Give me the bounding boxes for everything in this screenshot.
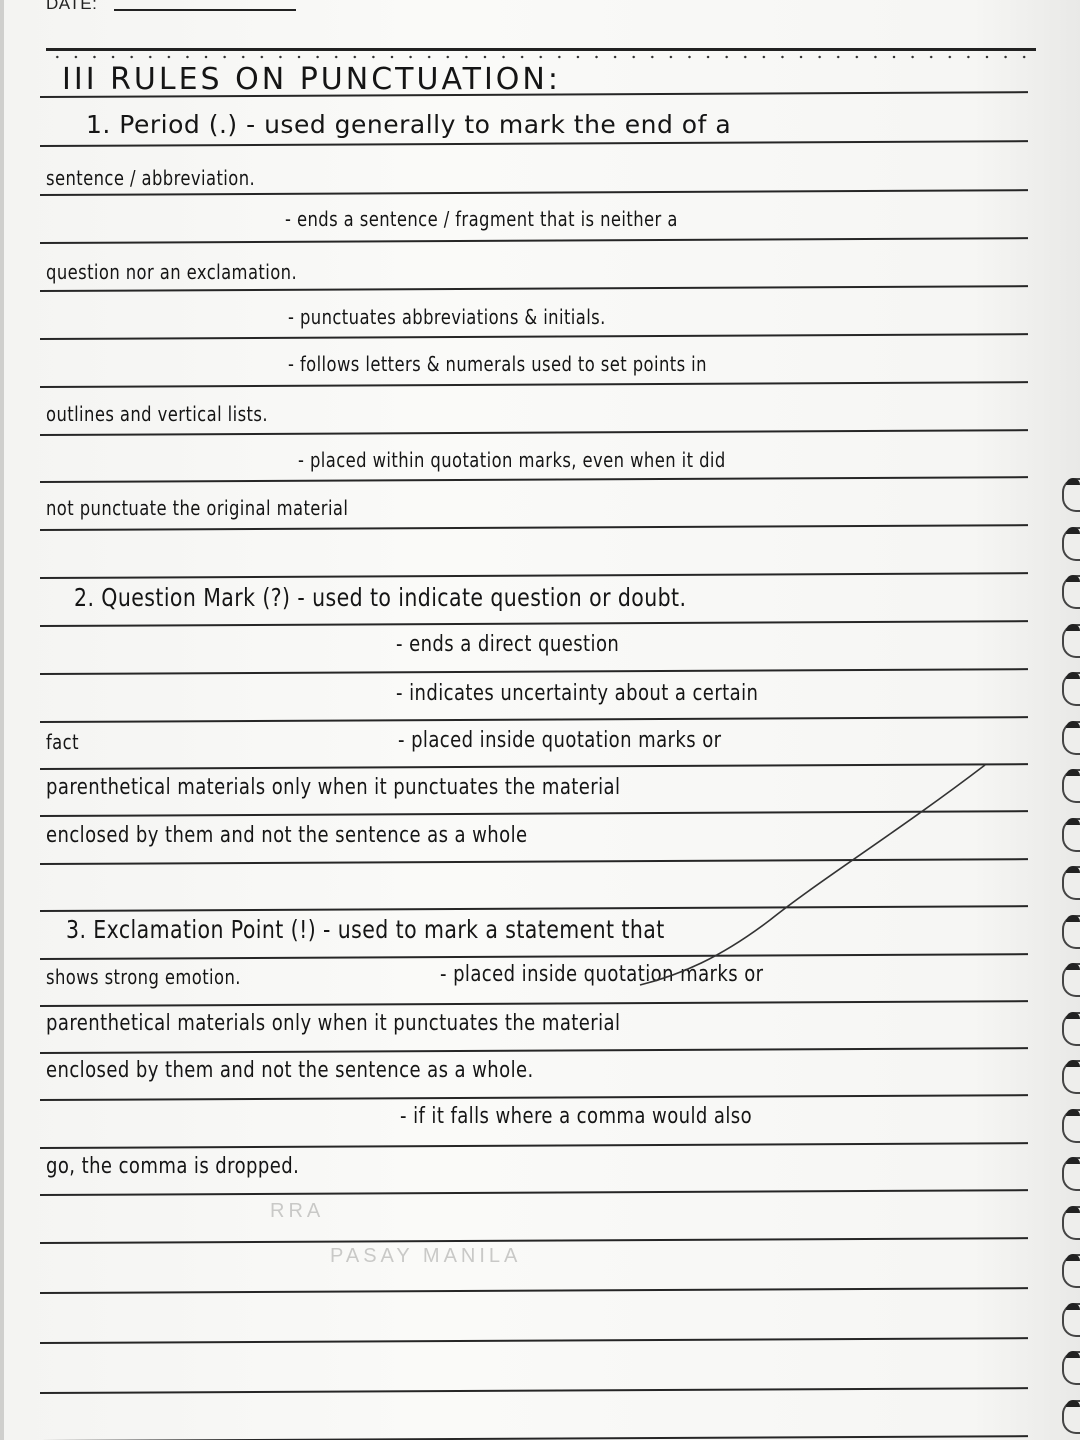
spiral-ring-icon	[1062, 1254, 1080, 1288]
spiral-ring-icon	[1062, 1303, 1080, 1337]
spiral-ring-icon	[1062, 963, 1080, 997]
spiral-ring-icon	[1062, 769, 1080, 803]
spiral-ring-icon	[1062, 624, 1080, 658]
spiral-ring-icon	[1062, 1400, 1080, 1434]
spiral-ring-icon	[1062, 1012, 1080, 1046]
spiral-ring-icon	[1062, 1206, 1080, 1240]
spiral-ring-icon	[1062, 672, 1080, 706]
spiral-ring-icon	[1062, 1351, 1080, 1385]
spiral-ring-icon	[1062, 1157, 1080, 1191]
spiral-ring-icon	[1062, 1109, 1080, 1143]
spiral-ring-icon	[1062, 915, 1080, 949]
spiral-ring-icon	[1062, 1060, 1080, 1094]
spiral-ring-icon	[1062, 721, 1080, 755]
spiral-ring-icon	[1062, 527, 1080, 561]
spiral-ring-icon	[1062, 478, 1080, 512]
pen-stroke-diagonal	[0, 0, 1080, 1440]
spiral-ring-icon	[1062, 575, 1080, 609]
notebook-page: DATE: RRA PASAY MANILA III RULES ON PUNC…	[0, 0, 1080, 1440]
spiral-ring-icon	[1062, 818, 1080, 852]
spiral-ring-icon	[1062, 866, 1080, 900]
